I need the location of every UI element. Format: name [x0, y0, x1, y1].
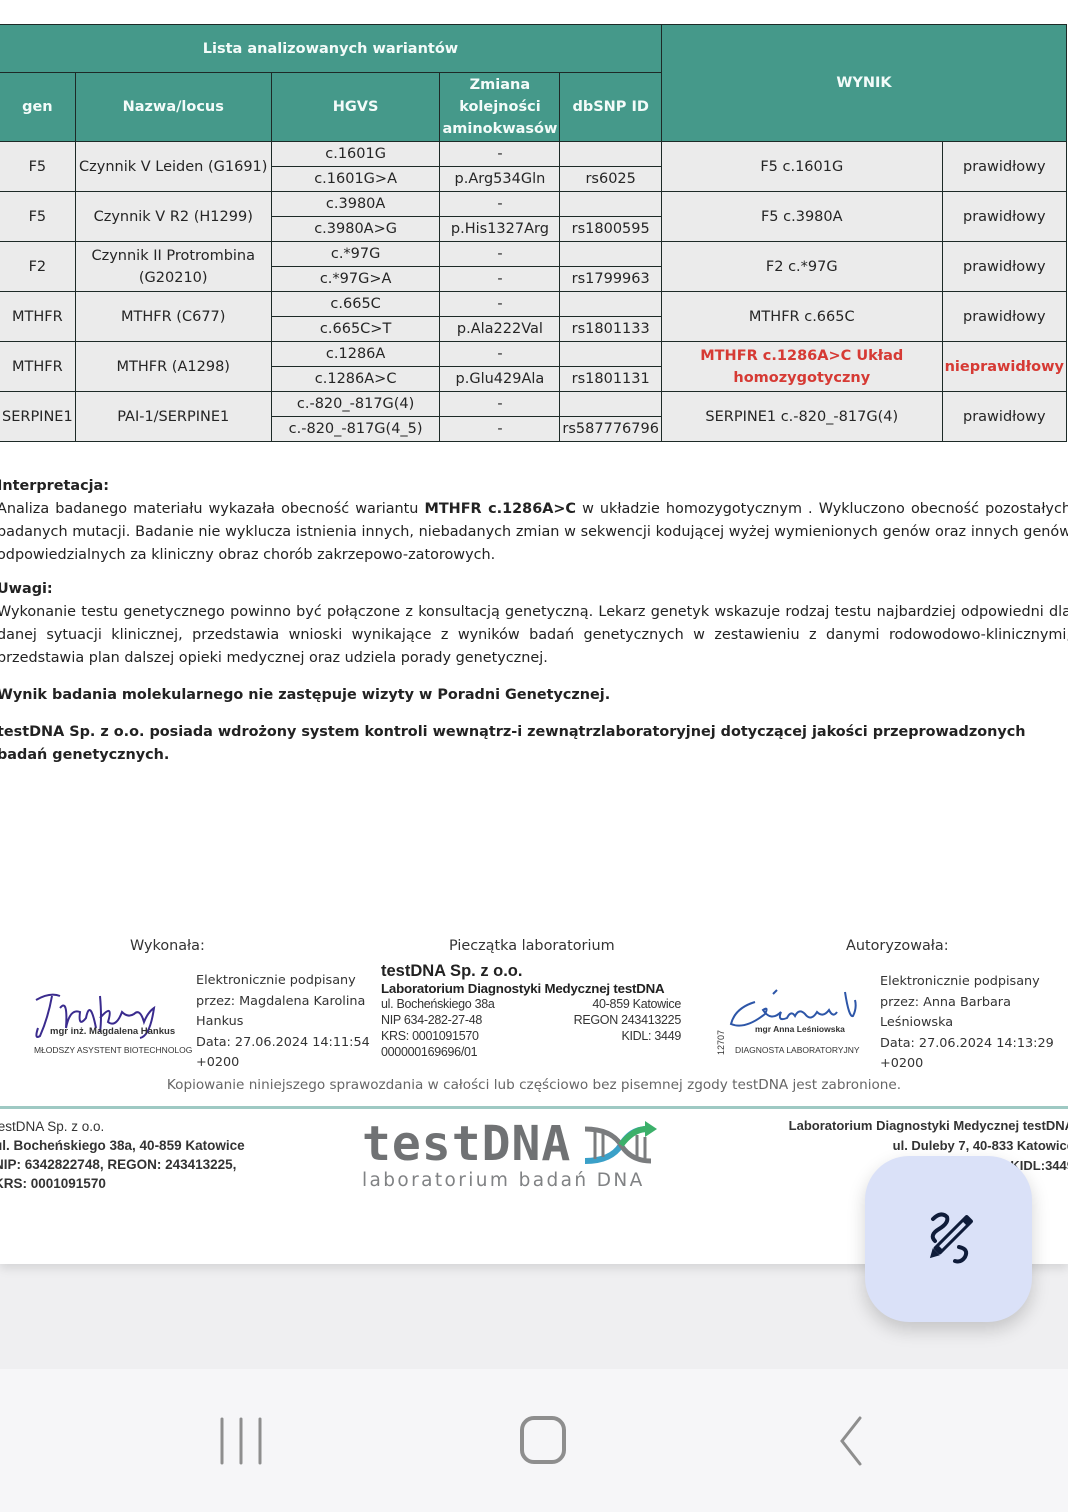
- authorized-signature-number: 12707: [716, 1030, 726, 1055]
- document-page: Lista analizowanych wariantów WYNIK gen …: [0, 0, 1068, 1264]
- hgvs-ref-cell: c.1601G: [271, 142, 440, 167]
- dbsnp-alt-cell: rs1800595: [560, 217, 662, 242]
- aa-ref-cell: -: [440, 192, 560, 217]
- aa-alt-cell: -: [440, 267, 560, 292]
- hgvs-alt-cell: c.3980A>G: [271, 217, 440, 242]
- result-cell: F2 c.*97G: [661, 242, 942, 292]
- col-header-aa-change: Zmiana kolejności aminokwasów: [440, 73, 560, 142]
- gene-cell: F5: [0, 192, 75, 242]
- locus-cell: Czynnik V R2 (H1299): [75, 192, 271, 242]
- dbsnp-alt-cell: rs6025: [560, 167, 662, 192]
- performed-by-title: Wykonała:: [130, 938, 205, 954]
- dbsnp-alt-cell: rs1801133: [560, 317, 662, 342]
- back-button[interactable]: [788, 1369, 908, 1512]
- col-header-gene: gen: [0, 73, 75, 142]
- dbsnp-alt-cell: rs1799963: [560, 267, 662, 292]
- table-row: F5Czynnik V Leiden (G1691)c.1601G-F5 c.1…: [0, 142, 1067, 167]
- table-row: F5Czynnik V R2 (H1299)c.3980A-F5 c.3980A…: [0, 192, 1067, 217]
- notes-text: Wykonanie testu genetycznego powinno być…: [0, 601, 1068, 670]
- result-cell: MTHFR c.1286A>C Układ homozygotyczny: [661, 342, 942, 392]
- dbsnp-ref-cell: [560, 342, 662, 367]
- authorized-signature-role: DIAGNOSTA LABORATORYJNY: [735, 1045, 860, 1055]
- result-cell: F5 c.1601G: [661, 142, 942, 192]
- copy-notice: Kopiowanie niniejszego sprawozdania w ca…: [0, 1077, 1068, 1093]
- aa-alt-cell: p.Glu429Ala: [440, 367, 560, 392]
- performed-signature-role: MŁODSZY ASYSTENT BIOTECHNOLOG: [34, 1045, 192, 1055]
- col-header-locus: Nazwa/locus: [75, 73, 271, 142]
- locus-cell: Czynnik II Protrombina (G20210): [75, 242, 271, 292]
- back-chevron-icon: [828, 1415, 868, 1467]
- handwriting-pen-icon: [919, 1209, 979, 1269]
- col-header-hgvs: HGVS: [271, 73, 440, 142]
- hgvs-alt-cell: c.665C>T: [271, 317, 440, 342]
- dna-helix-icon: [581, 1121, 661, 1167]
- performed-signature-name: mgr inż. Magdalena Hankus: [50, 1026, 175, 1037]
- footer-company-info: testDNA Sp. z o.o. ul. Bocheńskiego 38a,…: [0, 1117, 245, 1193]
- hgvs-ref-cell: c.1286A: [271, 342, 440, 367]
- testdna-logo: testDNA laboratorium badań DNA: [362, 1118, 661, 1192]
- dbsnp-alt-cell: rs587776796: [560, 417, 662, 442]
- quality-statement: testDNA Sp. z o.o. posiada wdrożony syst…: [0, 721, 1042, 767]
- dbsnp-alt-cell: rs1801131: [560, 367, 662, 392]
- col-header-dbsnp: dbSNP ID: [560, 73, 662, 142]
- status-cell: prawidłowy: [942, 292, 1066, 342]
- locus-cell: MTHFR (A1298): [75, 342, 271, 392]
- hgvs-ref-cell: c.*97G: [271, 242, 440, 267]
- hgvs-ref-cell: c.665C: [271, 292, 440, 317]
- notes-heading: Uwagi:: [0, 578, 1068, 601]
- authorized-signature-name: mgr Anna Leśniowska: [755, 1024, 845, 1034]
- aa-ref-cell: -: [440, 342, 560, 367]
- recent-apps-button[interactable]: [182, 1369, 302, 1512]
- home-icon: [519, 1415, 569, 1467]
- aa-alt-cell: p.Arg534Gln: [440, 167, 560, 192]
- locus-cell: PAI-1/SERPINE1: [75, 392, 271, 442]
- dbsnp-ref-cell: [560, 142, 662, 167]
- result-cell: MTHFR c.665C: [661, 292, 942, 342]
- dbsnp-ref-cell: [560, 292, 662, 317]
- lab-stamp: testDNA Sp. z o.o. Laboratorium Diagnost…: [381, 962, 681, 1060]
- interpretation-text: Analiza badanego materiału wykazała obec…: [0, 498, 1068, 567]
- handwriting-fab-button[interactable]: [865, 1156, 1032, 1322]
- notes-section: Uwagi: Wykonanie testu genetycznego powi…: [0, 578, 1068, 767]
- table-row: MTHFRMTHFR (C677)c.665C-MTHFR c.665Cpraw…: [0, 292, 1067, 317]
- hgvs-ref-cell: c.-820_-817G(4): [271, 392, 440, 417]
- gene-cell: F5: [0, 142, 75, 192]
- aa-ref-cell: -: [440, 292, 560, 317]
- system-navigation-bar: [0, 1369, 1068, 1512]
- aa-ref-cell: -: [440, 392, 560, 417]
- dbsnp-ref-cell: [560, 392, 662, 417]
- authorized-meta: Elektronicznie podpisany przez: Anna Bar…: [880, 972, 1054, 1075]
- aa-alt-cell: p.His1327Arg: [440, 217, 560, 242]
- performed-meta: Elektronicznie podpisany przez: Magdalen…: [196, 971, 370, 1074]
- hgvs-alt-cell: c.*97G>A: [271, 267, 440, 292]
- aa-alt-cell: p.Ala222Val: [440, 317, 560, 342]
- result-cell: SERPINE1 c.-820_-817G(4): [661, 392, 942, 442]
- status-cell: prawidłowy: [942, 242, 1066, 292]
- home-button[interactable]: [484, 1369, 604, 1512]
- table-row: MTHFRMTHFR (A1298)c.1286A-MTHFR c.1286A>…: [0, 342, 1067, 367]
- dbsnp-ref-cell: [560, 192, 662, 217]
- hgvs-alt-cell: c.1601G>A: [271, 167, 440, 192]
- result-header: WYNIK: [661, 25, 1066, 142]
- table-group-header: Lista analizowanych wariantów: [0, 25, 661, 73]
- authorized-by-title: Autoryzowała:: [846, 938, 949, 954]
- gene-cell: F2: [0, 242, 75, 292]
- gene-cell: MTHFR: [0, 292, 75, 342]
- gene-cell: SERPINE1: [0, 392, 75, 442]
- result-cell: F5 c.3980A: [661, 192, 942, 242]
- table-row: SERPINE1PAI-1/SERPINE1c.-820_-817G(4)-SE…: [0, 392, 1067, 417]
- hgvs-alt-cell: c.1286A>C: [271, 367, 440, 392]
- status-cell: prawidłowy: [942, 192, 1066, 242]
- locus-cell: Czynnik V Leiden (G1691): [75, 142, 271, 192]
- recent-apps-icon: [217, 1416, 267, 1466]
- variants-table: Lista analizowanych wariantów WYNIK gen …: [0, 24, 1067, 442]
- dbsnp-ref-cell: [560, 242, 662, 267]
- status-cell: nieprawidłowy: [942, 342, 1066, 392]
- stamp-title: Pieczątka laboratorium: [449, 938, 615, 954]
- gene-cell: MTHFR: [0, 342, 75, 392]
- interpretation-heading: Interpretacja:: [0, 475, 1068, 498]
- aa-ref-cell: -: [440, 142, 560, 167]
- status-cell: prawidłowy: [942, 392, 1066, 442]
- notes-warning: Wynik badania molekularnego nie zastępuj…: [0, 684, 1068, 707]
- aa-ref-cell: -: [440, 242, 560, 267]
- footer-divider: [0, 1106, 1068, 1109]
- interpretation-section: Interpretacja: Analiza badanego materiał…: [0, 475, 1068, 567]
- hgvs-ref-cell: c.3980A: [271, 192, 440, 217]
- status-cell: prawidłowy: [942, 142, 1066, 192]
- locus-cell: MTHFR (C677): [75, 292, 271, 342]
- aa-alt-cell: -: [440, 417, 560, 442]
- hgvs-alt-cell: c.-820_-817G(4_5): [271, 417, 440, 442]
- table-row: F2Czynnik II Protrombina (G20210)c.*97G-…: [0, 242, 1067, 267]
